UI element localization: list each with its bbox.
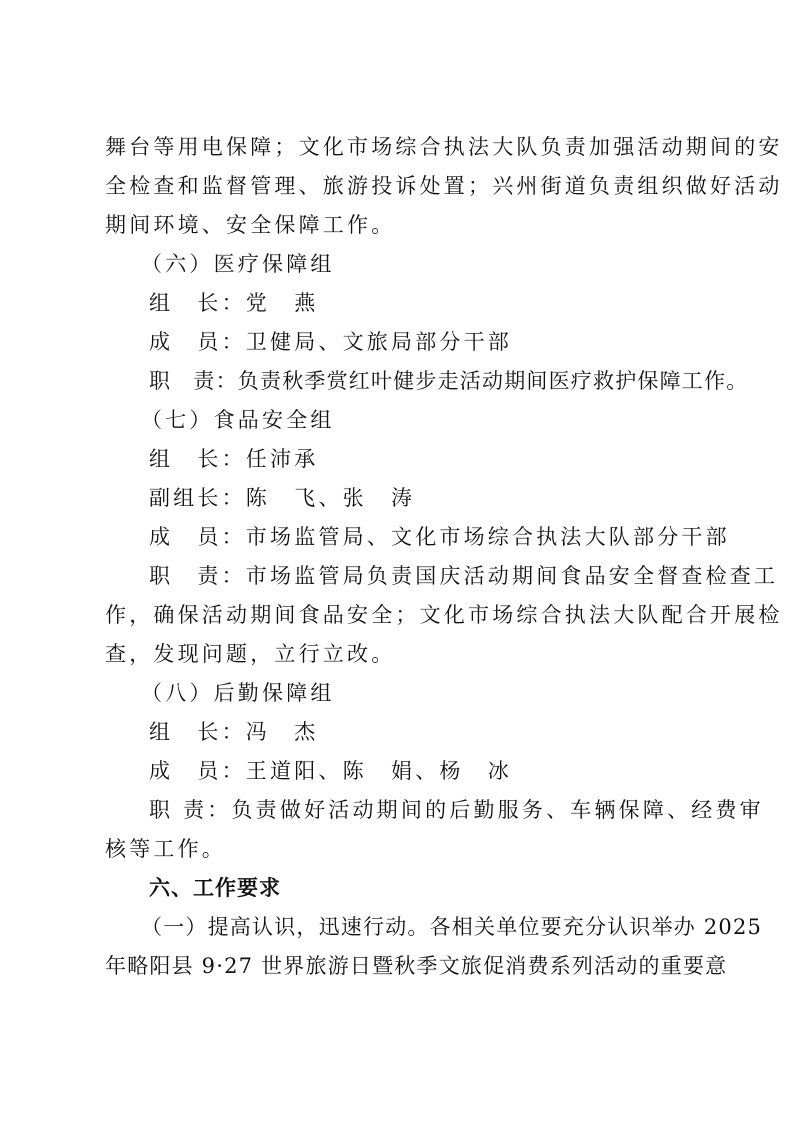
section-title-food: （七）食品安全组 <box>105 401 705 440</box>
food-deputy: 副组长：陈 飞、张 涛 <box>105 479 705 518</box>
logistics-duty-line: 职 责：负责做好活动期间的后勤服务、车辆保障、经费审 <box>105 791 705 830</box>
medical-duty: 职 责：负责秋季赏红叶健步走活动期间医疗救护保障工作。 <box>105 362 705 401</box>
paragraph-line: 期间环境、安全保障工作。 <box>105 206 705 245</box>
food-leader: 组 长：任沛承 <box>105 440 705 479</box>
logistics-leader: 组 长：冯 杰 <box>105 713 705 752</box>
food-members: 成 员：市场监管局、文化市场综合执法大队部分干部 <box>105 518 705 557</box>
food-duty-line: 作，确保活动期间食品安全；文化市场综合执法大队配合开展检 <box>105 596 705 635</box>
logistics-members: 成 员：王道阳、陈 娟、杨 冰 <box>105 752 705 791</box>
paragraph-line: 舞台等用电保障；文化市场综合执法大队负责加强活动期间的安 <box>105 128 705 167</box>
logistics-duty-line: 核等工作。 <box>105 830 705 869</box>
requirements-heading: 六、工作要求 <box>105 869 705 908</box>
section-title-logistics: （八）后勤保障组 <box>105 674 705 713</box>
paragraph-line: 全检查和监督管理、旅游投诉处置；兴州街道负责组织做好活动 <box>105 167 705 206</box>
document-page: 舞台等用电保障；文化市场综合执法大队负责加强活动期间的安 全检查和监督管理、旅游… <box>105 128 705 986</box>
food-duty-line: 职 责：市场监管局负责国庆活动期间食品安全督查检查工 <box>105 557 705 596</box>
requirements-item-line: （一）提高认识，迅速行动。各相关单位要充分认识举办 2025 <box>105 908 705 947</box>
food-duty-line: 查，发现问题，立行立改。 <box>105 635 705 674</box>
section-title-medical: （六）医疗保障组 <box>105 245 705 284</box>
medical-members: 成 员：卫健局、文旅局部分干部 <box>105 323 705 362</box>
requirements-item-line: 年略阳县 9·27 世界旅游日暨秋季文旅促消费系列活动的重要意 <box>105 947 705 986</box>
medical-leader: 组 长：党 燕 <box>105 284 705 323</box>
